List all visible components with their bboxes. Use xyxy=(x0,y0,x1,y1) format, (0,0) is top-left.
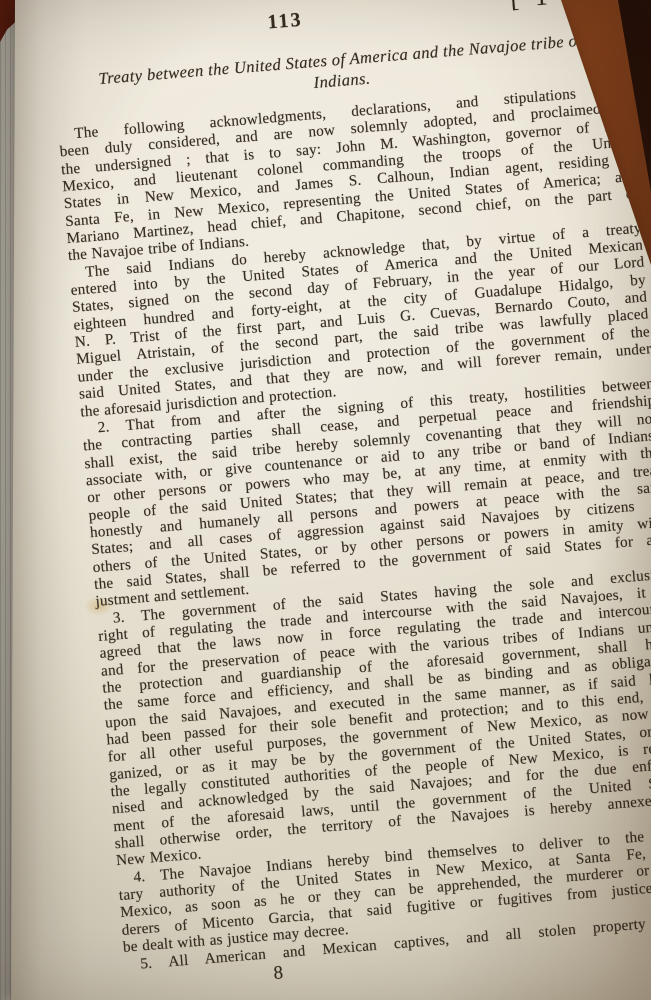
treaty-body: The following acknowledgments, declarati… xyxy=(58,81,651,974)
page-content: 113 [ 1 ] Treaty between the United Stat… xyxy=(50,0,651,997)
book-page: 113 [ 1 ] Treaty between the United Stat… xyxy=(0,0,651,1000)
page-shadow: 113 [ 1 ] Treaty between the United Stat… xyxy=(0,0,651,1000)
book-photo: 113 [ 1 ] Treaty between the United Stat… xyxy=(0,0,651,1000)
paragraph: 3. The government of the said States hav… xyxy=(96,565,651,870)
